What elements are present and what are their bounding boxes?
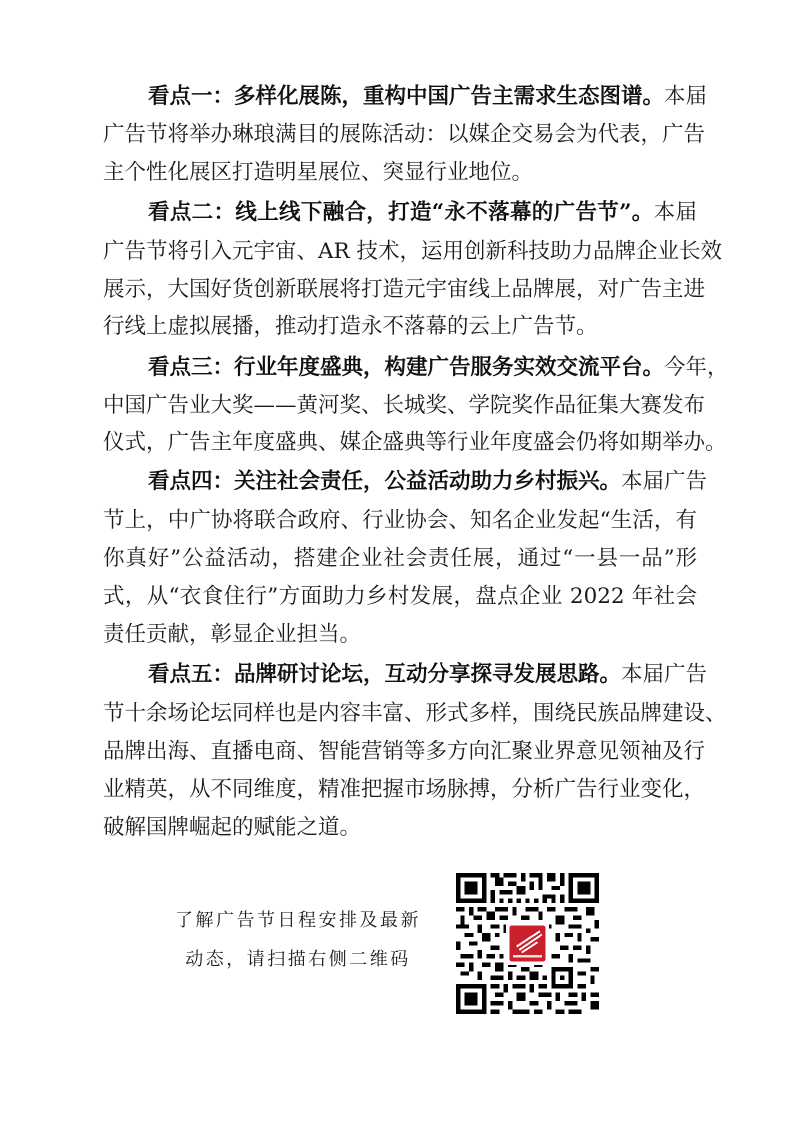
paragraph-line: 中国广告业大奖——黄河奖、长城奖、学院奖作品征集大赛发布 bbox=[103, 391, 697, 421]
paragraph-line: 仪式，广告主年度盛典、媒企盛典等行业年度盛会仍将如期举办。 bbox=[103, 428, 697, 458]
paragraph-line: 业精英，从不同维度，精准把握市场脉搏，分析广告行业变化， bbox=[103, 775, 697, 805]
body-text: 本届 bbox=[654, 200, 697, 225]
highlight-heading: 看点三：行业年度盛典，构建广告服务实效交流平台。 bbox=[148, 355, 664, 380]
paragraph-line: 广告节将举办琳琅满目的展陈活动：以媒企交易会为代表，广告 bbox=[103, 120, 697, 150]
paragraph-line: 破解国牌崛起的赋能之道。 bbox=[103, 813, 697, 843]
paragraph-line: 看点一：多样化展陈，重构中国广告主需求生态图谱。本届 bbox=[148, 82, 697, 112]
caption-line: 了解广告节日程安排及最新 bbox=[168, 909, 428, 933]
document-page: 看点一：多样化展陈，重构中国广告主需求生态图谱。本届 广告节将举办琳琅满目的展陈… bbox=[0, 0, 800, 1130]
paragraph-line: 式，从“衣食住行”方面助力乡村发展，盘点企业 2022 年社会 bbox=[103, 582, 697, 612]
paragraph-line: 看点四：关注社会责任，公益活动助力乡村振兴。本届广告 bbox=[148, 467, 697, 497]
paragraph-line: 看点三：行业年度盛典，构建广告服务实效交流平台。今年， bbox=[148, 353, 697, 383]
paragraph-line: 你真好”公益活动，搭建企业社会责任展，通过“一县一品”形 bbox=[103, 544, 697, 574]
highlight-heading: 看点五：品牌研讨论坛，互动分享探寻发展思路。 bbox=[148, 662, 621, 687]
caption-line: 动态，请扫描右侧二维码 bbox=[168, 948, 428, 972]
qr-code-icon[interactable] bbox=[456, 873, 599, 1014]
paragraph-line: 看点五：品牌研讨论坛，互动分享探寻发展思路。本届广告 bbox=[148, 660, 697, 690]
paragraph-line: 责任贡献，彰显企业担当。 bbox=[103, 620, 697, 650]
paragraph-line: 主个性化展区打造明星展位、突显行业地位。 bbox=[103, 158, 697, 188]
paragraph-line: 广告节将引入元宇宙、AR 技术，运用创新科技助力品牌企业长效 bbox=[103, 237, 697, 267]
body-text: 本届广告 bbox=[621, 469, 707, 494]
paragraph-line: 看点二：线上线下融合，打造“永不落幕的广告节”。本届 bbox=[148, 198, 697, 228]
paragraph-line: 展示，大国好货创新联展将打造元宇宙线上品牌展，对广告主进 bbox=[103, 275, 697, 305]
paragraph-line: 行线上虚拟展播，推动打造永不落幕的云上广告节。 bbox=[103, 312, 697, 342]
highlight-heading: 看点一：多样化展陈，重构中国广告主需求生态图谱。 bbox=[148, 84, 664, 109]
highlight-heading: 看点四：关注社会责任，公益活动助力乡村振兴。 bbox=[148, 469, 621, 494]
paragraph-line: 节上，中广协将联合政府、行业协会、知名企业发起“生活，有 bbox=[103, 506, 697, 536]
body-text: 本届广告 bbox=[621, 662, 707, 687]
highlight-heading: 看点二：线上线下融合，打造“永不落幕的广告节”。 bbox=[148, 200, 654, 225]
body-text: 今年， bbox=[664, 355, 729, 380]
paragraph-line: 品牌出海、直播电商、智能营销等多方向汇聚业界意见领袖及行 bbox=[103, 737, 697, 767]
body-text: 本届 bbox=[664, 84, 707, 109]
paragraph-line: 节十余场论坛同样也是内容丰富、形式多样，围绕民族品牌建设、 bbox=[103, 699, 697, 729]
